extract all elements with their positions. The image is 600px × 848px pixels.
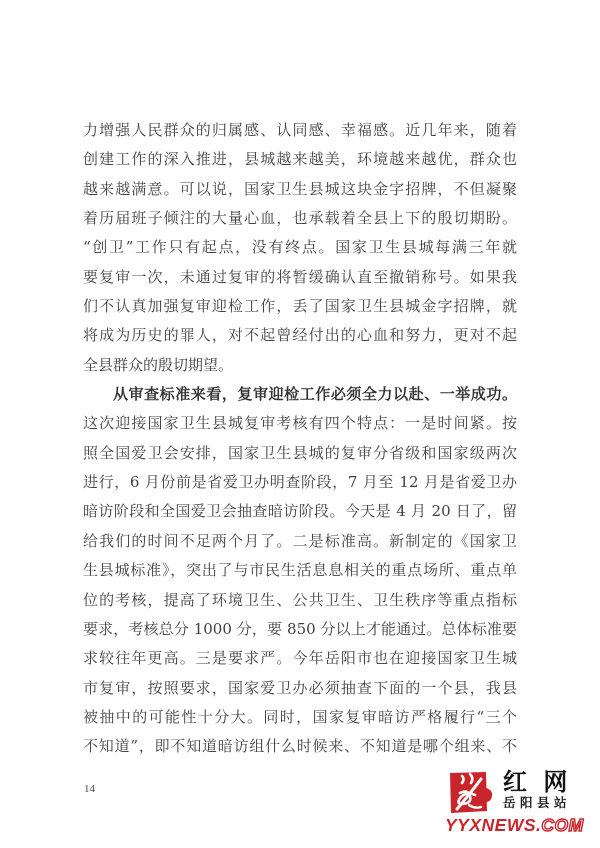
body-text: 力增强人民群众的归属感、认同感、幸福感。近几年来，随着创建工作的深入推进，县城越… — [83, 116, 517, 762]
text-line: 进行，6 月份前是省爱卫办明查阶段，7 月至 12 月是省爱卫办 — [83, 468, 517, 497]
text-line: 越来越满意。可以说，国家卫生县城这块金字招牌，不但凝聚 — [83, 175, 517, 204]
text-line: 们不认真加强复审迎检工作，丢了国家卫生县城金字招牌，就 — [83, 292, 517, 321]
text-line: 生县城标准》，突出了与市民生活息息相关的重点场所、重点单 — [83, 556, 517, 585]
logo-url-tld: COM — [541, 815, 583, 835]
text-line: 将成为历史的罪人，对不起曾经付出的心血和努力，更对不起 — [83, 321, 517, 350]
text-line: 从审查标准来看，复审迎检工作必须全力以赴、一举成功。 — [83, 380, 517, 409]
logo-site-name: 红 网 — [503, 768, 595, 795]
logo-url: YYXNEWS.COM — [445, 815, 584, 836]
text-line: 力增强人民群众的归属感、认同感、幸福感。近几年来，随着 — [83, 116, 517, 145]
logo-station-name: 岳阳县站 — [503, 796, 595, 810]
text-line: 全县群众的殷切期望。 — [83, 351, 517, 380]
text-line: 照全国爱卫会安排，国家卫生县城的复审分省级和国家级两次 — [83, 439, 517, 468]
text-line: “创卫”工作只有起点，没有终点。国家卫生县城每满三年就 — [83, 233, 517, 262]
document-page: 力增强人民群众的归属感、认同感、幸福感。近几年来，随着创建工作的深入推进，县城越… — [0, 0, 600, 848]
text-line: 着历届班子倾注的大量心血，也承载着全县上下的殷切期盼。 — [83, 204, 517, 233]
text-line: 这次迎接国家卫生县城复审考核有四个特点：一是时间紧。按 — [83, 409, 517, 438]
text-line: 不知道”，即不知道暗访组什么时候来、不知道是哪个组来、不 — [83, 732, 517, 761]
text-line: 求较往年更高。三是要求严。今年岳阳市也在迎接国家卫生城 — [83, 644, 517, 673]
text-line: 市复审，按照要求，国家爱卫办必须抽查下面的一个县，我县 — [83, 674, 517, 703]
logo-text: 红 网 岳阳县站 — [503, 768, 595, 810]
text-line: 被抽中的可能性十分大。同时，国家复审暗访严格履行“三个 — [83, 703, 517, 732]
site-logo: 红 网 岳阳县站 YYXNEWS.COM — [445, 768, 595, 836]
text-line: 要求，考核总分 1000 分，要 850 分以上才能通过。总体标准要 — [83, 615, 517, 644]
rednet-emblem-icon — [449, 771, 494, 816]
text-line: 给我们的时间不足两个月了。二是标准高。新制定的《国家卫 — [83, 527, 517, 556]
text-line: 暗访阶段和全国爱卫会抽查暗访阶段。今天是 4 月 20 日了，留 — [83, 497, 517, 526]
text-line: 位的考核，提高了环境卫生、公共卫生、卫生秩序等重点指标 — [83, 586, 517, 615]
logo-url-main: YYXNEWS. — [445, 815, 541, 835]
page-number: 14 — [84, 783, 95, 795]
text-line: 创建工作的深入推进，县城越来越美，环境越来越优，群众也 — [83, 145, 517, 174]
text-line: 要复审一次，未通过复审的将暂缓确认直至撤销称号。如果我 — [83, 263, 517, 292]
